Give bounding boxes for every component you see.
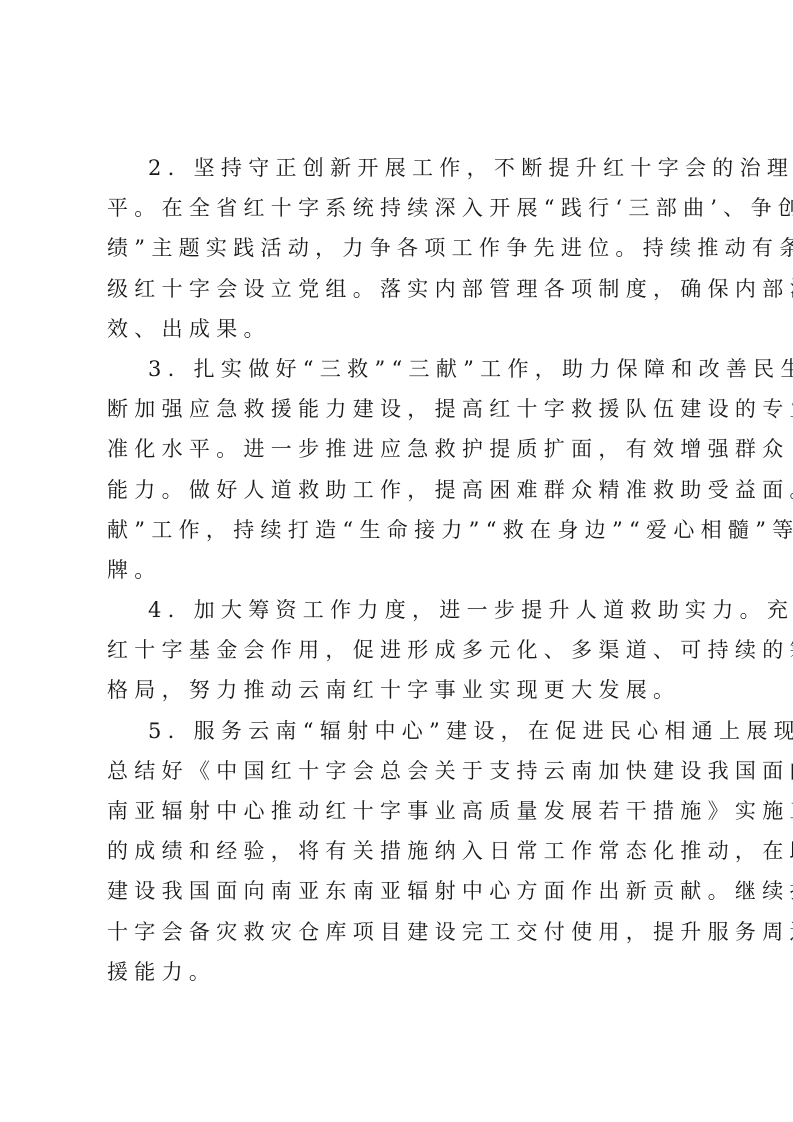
paragraph-line: 5. 服务云南“辐射中心”建设，在促进民心相通上展现新作为。: [107, 711, 687, 751]
paragraph-3: 3. 扎实做好“三救”“三献”工作，助力保障和改善民生。不 断加强应急救援能力建…: [107, 349, 687, 590]
paragraph-line: 平。在全省红十字系统持续深入开展“践行‘三部曲’、争创新业: [107, 188, 687, 228]
paragraph-line: 南亚辐射中心推动红十字事业高质量发展若干措施》实施三年取得: [107, 791, 687, 831]
paragraph-line: 级红十字会设立党组。落实内部管理各项制度，确保内部治理见成: [107, 269, 687, 309]
paragraph-line: 能力。做好人道救助工作，提高困难群众精准救助受益面。做好“三: [107, 470, 687, 510]
paragraph-line: 格局，努力推动云南红十字事业实现更大发展。: [107, 670, 687, 710]
paragraph-2: 2. 坚持守正创新开展工作，不断提升红十字会的治理能力和水 平。在全省红十字系统…: [107, 148, 687, 349]
paragraph-line: 断加强应急救援能力建设，提高红十字救援队伍建设的专业化、标: [107, 389, 687, 429]
paragraph-line: 援能力。: [107, 952, 687, 992]
paragraph-line: 的成绩和经验，将有关措施纳入日常工作常态化推动，在助力云南: [107, 831, 687, 871]
paragraph-4: 4. 加大筹资工作力度，进一步提升人道救助实力。充分发挥省 红十字基金会作用，促…: [107, 590, 687, 711]
paragraph-line: 献”工作，持续打造“生命接力”“救在身边”“爱心相髓”等品: [107, 510, 687, 550]
paragraph-line: 建设我国面向南亚东南亚辐射中心方面作出新贡献。继续推动省红: [107, 871, 687, 911]
paragraph-line: 效、出成果。: [107, 309, 687, 349]
paragraph-line: 准化水平。进一步推进应急救护提质扩面，有效增强群众自救互救: [107, 429, 687, 469]
paragraph-line: 2. 坚持守正创新开展工作，不断提升红十字会的治理能力和水: [107, 148, 687, 188]
paragraph-line: 4. 加大筹资工作力度，进一步提升人道救助实力。充分发挥省: [107, 590, 687, 630]
paragraph-line: 3. 扎实做好“三救”“三献”工作，助力保障和改善民生。不: [107, 349, 687, 389]
document-page: 2. 坚持守正创新开展工作，不断提升红十字会的治理能力和水 平。在全省红十字系统…: [107, 148, 687, 992]
paragraph-line: 红十字基金会作用，促进形成多元化、多渠道、可持续的筹资工作: [107, 630, 687, 670]
paragraph-line: 十字会备灾救灾仓库项目建设完工交付使用，提升服务周边应急救: [107, 912, 687, 952]
paragraph-line: 总结好《中国红十字会总会关于支持云南加快建设我国面向南亚东: [107, 751, 687, 791]
paragraph-line: 绩”主题实践活动，力争各项工作争先进位。持续推动有条件的县: [107, 228, 687, 268]
paragraph-line: 牌。: [107, 550, 687, 590]
paragraph-5: 5. 服务云南“辐射中心”建设，在促进民心相通上展现新作为。 总结好《中国红十字…: [107, 711, 687, 992]
